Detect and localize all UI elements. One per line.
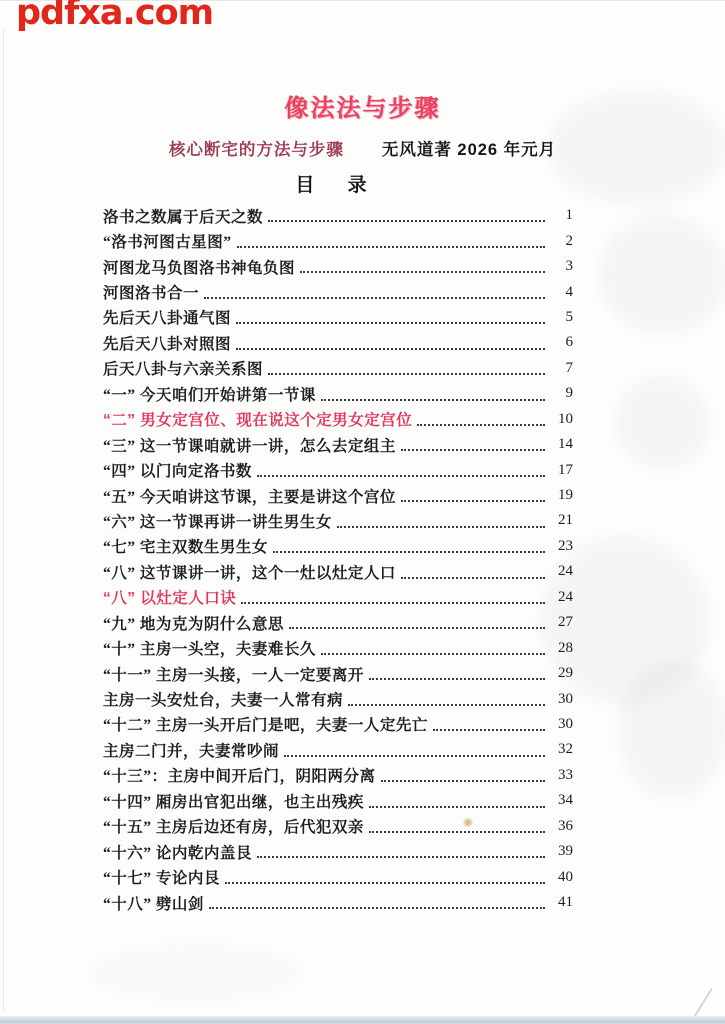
scan-bleed-artifact [615,375,710,470]
toc-dotted-leader [204,297,545,299]
toc-page-number: 2 [549,233,573,250]
toc-entry: “六” 这一节课再讲一讲生男生女 21 [103,508,573,533]
toc-page-number: 27 [549,614,573,631]
toc-entry-label: 后天八卦与六亲关系图 [103,357,263,379]
toc-entry-label: 主房一头安灶台，夫妻一人常有病 [103,688,343,710]
toc-dotted-leader [300,271,545,273]
toc-entry-label: “五” 今天咱讲这节课，主要是讲这个宫位 [103,485,396,507]
toc-page-number: 17 [549,462,573,479]
toc-dotted-leader [337,526,545,528]
toc-entry: “七” 宅主双数生男生女 23 [103,534,573,559]
toc-page-number: 40 [549,869,573,886]
scan-bleed-artifact [618,660,725,800]
toc-dotted-leader [401,500,545,502]
toc-dotted-leader [268,373,545,375]
toc-entry-label: 洛书之数属于后天之数 [103,205,263,227]
toc-entry: “八” 以灶定人口诀 24 [103,585,573,610]
toc-entry-label: “八” 以灶定人口诀 [103,586,236,608]
toc-page-number: 36 [549,818,573,835]
toc-page-number: 5 [549,309,573,326]
toc-entry-label: “六” 这一节课再讲一讲生男生女 [103,510,332,532]
toc-page-number: 19 [549,487,573,504]
toc-dotted-leader [257,856,545,858]
toc-dotted-leader [268,220,545,222]
toc-dotted-leader [369,806,545,808]
toc-dotted-leader [369,678,545,680]
toc-entry: 后天八卦与六亲关系图 7 [103,356,573,381]
toc-entry: 先后天八卦通气图 5 [103,305,573,330]
scan-stain-speck [463,818,473,827]
toc-page-number: 24 [549,589,573,606]
toc-page-number: 32 [549,741,573,758]
toc-entry-label: 先后天八卦通气图 [103,306,231,328]
toc-page-number: 6 [549,334,573,351]
toc-entry: “洛书河图古星图” 2 [103,228,573,253]
author-date-text: 无风道著 2026 年元月 [382,136,556,160]
toc-entry-label: “四” 以门向定洛书数 [103,459,252,481]
toc-entry-label: 河图洛书合一 [103,281,199,303]
toc-entry-label: 主房二门并，夫妻常吵闹 [103,739,279,761]
toc-entry-label: “八” 这节课讲一讲，这个一灶以灶定人口 [103,561,396,583]
toc-entry: “二” 男女定宫位、现在说这个定男女定宫位 10 [103,407,573,432]
toc-entry-label: “十四” 厢房出官犯出继，也主出残疾 [103,790,364,812]
toc-page-number: 10 [549,411,573,428]
toc-entry: 主房一头安灶台，夫妻一人常有病 30 [103,686,573,711]
toc-page-number: 3 [549,258,573,275]
toc-dotted-leader [241,602,545,604]
toc-dotted-leader [284,755,545,757]
toc-heading: 目 录 [103,170,573,197]
toc-entry: “十二” 主房一头开后门是吧，夫妻一人定先亡 30 [103,712,573,737]
toc-dotted-leader [401,577,545,579]
toc-entry: “十五” 主房后边还有房，后代犯双亲 36 [103,814,573,839]
toc-dotted-leader [321,399,545,401]
toc-entry: “十八” 劈山剑 41 [103,890,573,915]
toc-page-number: 23 [549,538,573,555]
toc-dotted-leader [369,831,545,833]
toc-entry: “十一” 主房一头接，一人一定要离开 29 [103,661,573,686]
toc-page-number: 29 [549,665,573,682]
toc-entry: “九” 地为克为阴什么意思 27 [103,610,573,635]
toc-entry-label: “十六” 论内乾内盖艮 [103,841,252,863]
toc-entry-label: “十三”：主房中间开后门，阴阳两分离 [103,764,376,786]
toc-page-number: 41 [549,894,573,911]
toc-entry-label: “十” 主房一头空，夫妻难长久 [103,637,316,659]
toc-page-number: 28 [549,640,573,657]
toc-page-number: 9 [549,385,573,402]
toc-page-number: 7 [549,360,573,377]
toc-page-number: 21 [549,512,573,529]
toc-dotted-leader [236,322,545,324]
toc-entry-label: “一” 今天咱们开始讲第一节课 [103,383,316,405]
toc-entry: “十” 主房一头空，夫妻难长久 28 [103,635,573,660]
toc-entry: “五” 今天咱讲这节课，主要是讲这个宫位 19 [103,483,573,508]
toc-entry-label: “十二” 主房一头开后门是吧，夫妻一人定先亡 [103,713,428,735]
toc-list: 洛书之数属于后天之数 1 “洛书河图古星图” 2 河图龙马负图洛书神龟负图 3 … [103,203,573,915]
toc-entry: 河图洛书合一 4 [103,279,573,304]
toc-dotted-leader [348,704,545,706]
toc-entry-label: 先后天八卦对照图 [103,332,231,354]
toc-dotted-leader [236,348,545,350]
toc-page-number: 33 [549,767,573,784]
toc-entry-label: “十五” 主房后边还有房，后代犯双亲 [103,815,364,837]
toc-page-number: 34 [549,792,573,809]
toc-entry: “一” 今天咱们开始讲第一节课 9 [103,381,573,406]
toc-entry: “十六” 论内乾内盖艮 39 [103,839,573,864]
toc-page-number: 4 [549,284,573,301]
toc-dotted-leader [257,475,545,477]
toc-page-number: 24 [549,563,573,580]
toc-entry: “十四” 厢房出官犯出继，也主出残疾 34 [103,788,573,813]
toc-entry: 洛书之数属于后天之数 1 [103,203,573,228]
subtitle-text: 核心断宅的方法与步骤 [169,136,344,160]
toc-dotted-leader [209,907,545,909]
document-title: 像法法与步骤 [0,88,725,123]
page-bottom-shadow [0,1016,725,1024]
toc-entry-label: 河图龙马负图洛书神龟负图 [103,256,295,278]
toc-dotted-leader [321,653,545,655]
toc-entry-label: “十七” 专论内艮 [103,866,220,888]
toc-entry-label: “三” 这一节课咱就讲一讲，怎么去定组主 [103,434,396,456]
toc-entry-label: “二” 男女定宫位、现在说这个定男女定宫位 [103,408,412,430]
toc-entry: 先后天八卦对照图 6 [103,330,573,355]
subtitle-row: 核心断宅的方法与步骤 无风道著 2026 年元月 [0,136,725,160]
toc-page-number: 39 [549,843,573,860]
toc-page-number: 30 [549,691,573,708]
toc-entry-label: “洛书河图古星图” [103,230,232,252]
toc-dotted-leader [401,449,545,451]
page-left-edge [3,28,4,1012]
toc-dotted-leader [433,729,545,731]
toc-entry-label: “十一” 主房一头接，一人一定要离开 [103,663,364,685]
toc-dotted-leader [237,246,545,248]
toc-dotted-leader [273,551,545,553]
toc-entry: “四” 以门向定洛书数 17 [103,457,573,482]
toc-entry: “三” 这一节课咱就讲一讲，怎么去定组主 14 [103,432,573,457]
toc-page-number: 30 [549,716,573,733]
toc-entry: “八” 这节课讲一讲，这个一灶以灶定人口 24 [103,559,573,584]
toc-entry: 主房二门并，夫妻常吵闹 32 [103,737,573,762]
toc-dotted-leader [381,780,545,782]
toc-page-number: 14 [549,436,573,453]
toc-entry-label: “七” 宅主双数生男生女 [103,535,268,557]
scan-bleed-artifact [598,215,725,335]
scan-bleed-artifact [90,945,300,1000]
toc-dotted-leader [225,882,545,884]
toc-entry: “十七” 专论内艮 40 [103,864,573,889]
toc-entry-label: “十八” 劈山剑 [103,892,204,914]
toc-entry: 河图龙马负图洛书神龟负图 3 [103,254,573,279]
toc-entry: “十三”：主房中间开后门，阴阳两分离 33 [103,763,573,788]
scanned-document-page: pdfxa.com 像法法与步骤 核心断宅的方法与步骤 无风道著 2026 年元… [0,0,725,1024]
toc-dotted-leader [289,627,545,629]
watermark-pdfxa: pdfxa.com [16,0,213,33]
toc-entry-label: “九” 地为克为阴什么意思 [103,612,284,634]
toc-dotted-leader [417,424,545,426]
toc-page-number: 1 [549,207,573,224]
